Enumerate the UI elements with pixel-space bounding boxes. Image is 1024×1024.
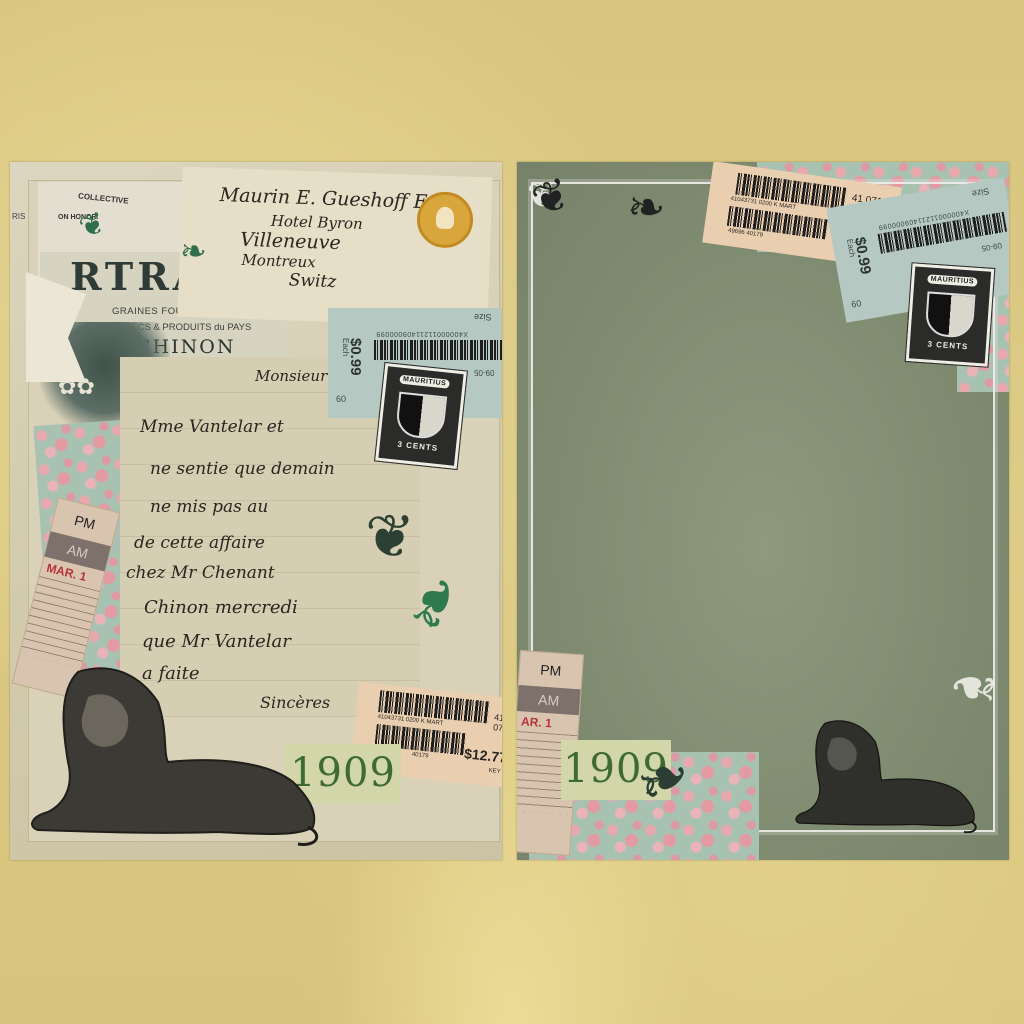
letter-line-2: ne sentie que demain <box>150 459 335 479</box>
address-line-1: Maurin E. Gueshoff Ez <box>219 184 438 214</box>
tan-price: $12.77 <box>463 745 502 765</box>
stamp-bottom-text: 3 CENTS <box>910 338 986 352</box>
code-label: 60 <box>336 394 346 404</box>
mauritius-stamp: MAURITIUS 3 CENTS <box>375 363 467 469</box>
collective-text: COLLECTIVE <box>78 191 129 205</box>
unit-label: Each <box>341 338 350 356</box>
stamp-bottom-text: 3 CENTS <box>380 438 457 455</box>
address-line-4: Montreux <box>241 251 316 272</box>
black-vine-icon: ❧ <box>627 180 666 234</box>
letter-line-0: Monsieur <box>255 367 327 385</box>
letter-line-1: Mme Vantelar et <box>140 417 284 437</box>
frame-corner-flourish-icon: ❧ <box>949 652 999 722</box>
size-label: Size <box>971 186 990 199</box>
stamp-top-text: MAURITIUS <box>400 375 450 389</box>
letter-line-5: chez Mr Chenant <box>126 563 275 583</box>
code-label: 60 <box>850 298 862 310</box>
coat-of-arms-icon <box>925 291 976 338</box>
size-label: Size <box>474 312 492 322</box>
barcode <box>374 340 502 360</box>
india-postage-stamp <box>416 191 474 249</box>
mauritius-stamp: MAURITIUS 3 CENTS <box>906 263 995 366</box>
green-vine-icon: ❧ <box>180 232 207 270</box>
barcode-digits: X40000011211409000099 <box>376 330 468 337</box>
address-line-5: Switz <box>288 270 336 292</box>
coat-of-arms-icon <box>395 392 447 441</box>
right-collage-panel: ❦ ❧ ❦ ❧ 41043731 0200 K MART 49696 40179… <box>517 162 1009 860</box>
left-collage-panel: COLLECTIVE ON HONOR. RIS RTRA GRAINES FO… <box>10 162 502 860</box>
extra-label: 09-05 <box>981 241 1003 253</box>
barcode-bottom-digits: 40179 <box>411 752 428 760</box>
lion-illustration <box>785 717 985 837</box>
ticket-pm: PM <box>519 651 583 689</box>
letter-line-7: que Mr Vantelar <box>142 631 291 652</box>
letter-line-3: ne mis pas au <box>150 497 268 517</box>
letter-line-4: de cette affaire <box>134 533 265 553</box>
extra-label: 09-05 <box>474 368 494 377</box>
letter-line-6: Chinon mercredi <box>144 597 298 618</box>
tan-key: KEY 5 <box>488 768 502 776</box>
stamp-top-text: MAURITIUS <box>927 274 977 286</box>
tan-code: 41 07 <box>493 712 502 734</box>
lion-illustration <box>18 662 328 852</box>
queen-profile-icon <box>436 207 455 230</box>
envelope: Maurin E. Gueshoff Ez Hotel Byron Villen… <box>177 167 492 328</box>
ris-text: RIS <box>12 212 25 221</box>
